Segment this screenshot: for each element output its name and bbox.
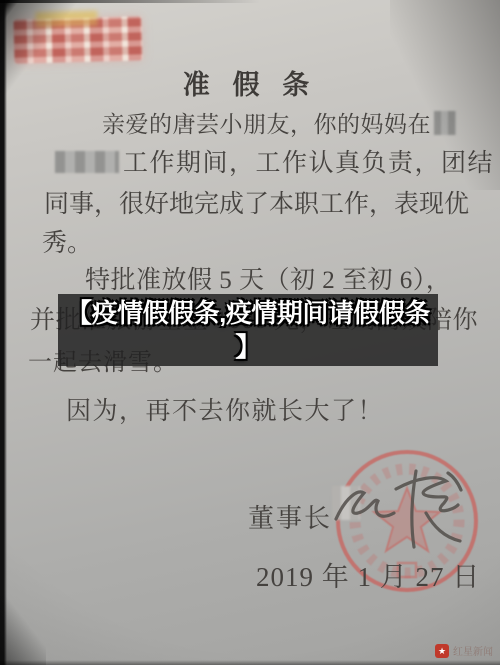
censored-letterhead-mosaic <box>13 16 142 63</box>
photo-corner-bottom-left <box>0 595 46 665</box>
note-line-1-text: 亲爱的唐芸小朋友，你的妈妈在 <box>102 112 431 137</box>
note-title: 准 假 条 <box>0 72 500 99</box>
news-watermark: ★ 红星新闻 <box>435 643 493 658</box>
photo-edge-left <box>0 0 7 665</box>
note-line-1: 亲爱的唐芸小朋友，你的妈妈在 <box>102 111 456 136</box>
note-line-8: 因为，再不去你就长大了！ <box>66 399 384 424</box>
watermark-source-name: 红星新闻 <box>453 643 493 658</box>
caption-line-2: 】 <box>235 330 261 364</box>
signature-scribble <box>330 455 475 565</box>
caption-line-1: 【疫情假假条,疫情期间请假假条 <box>66 296 430 330</box>
note-line-3: 同事，很好地完成了本职工作，表现优 <box>44 192 469 217</box>
photo-frame: 准 假 条 亲爱的唐芸小朋友，你的妈妈在 工作期间，工作认真负责，团结 同事，很… <box>0 0 500 665</box>
censored-word-mosaic <box>434 111 456 135</box>
caption-banner: 【疫情假假条,疫情期间请假假条 】 <box>58 294 438 366</box>
signer-title: 董事长 <box>248 506 332 532</box>
note-line-2-text: 工作期间，工作认真负责，团结 <box>123 150 494 177</box>
photo-edge-top <box>0 0 260 3</box>
red-star-news-logo-icon: ★ <box>435 644 449 658</box>
note-line-2: 工作期间，工作认真负责，团结 <box>55 151 494 176</box>
note-line-4: 秀。 <box>42 231 92 256</box>
photo-edge-bottom <box>0 660 500 665</box>
note-line-5: 特批准放假 5 天（初 2 至初 6）， <box>85 268 451 293</box>
note-date: 2019 年 1 月 27 日 <box>256 564 480 591</box>
censored-company-mosaic <box>55 151 119 173</box>
